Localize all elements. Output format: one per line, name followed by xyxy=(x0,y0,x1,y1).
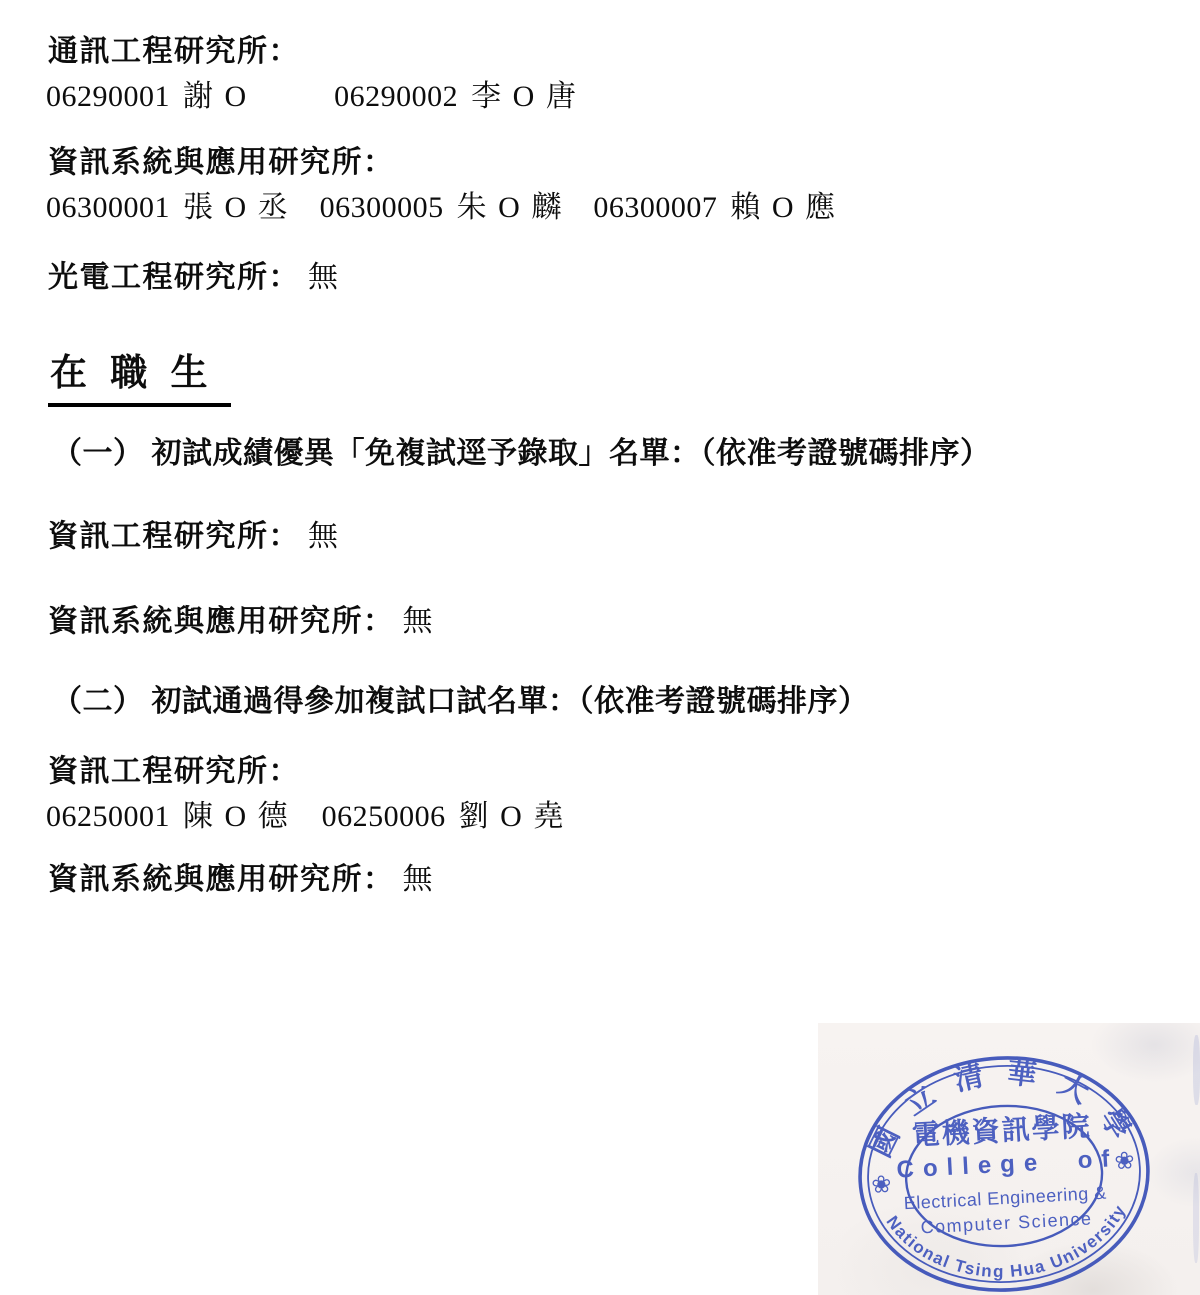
none-value: 無 xyxy=(308,261,338,294)
institute-label-isa: 資訊系統與應用研究所：無 xyxy=(48,854,433,898)
candidate-name: 朱 O 麟 xyxy=(457,182,564,226)
candidate-id: 06250006 xyxy=(322,800,446,834)
candidate-id: 06290002 xyxy=(334,80,458,114)
institute-label-isa: 資訊系統與應用研究所： xyxy=(48,137,395,181)
candidate-entry: 06300005 朱 O 麟 xyxy=(320,182,564,226)
university-stamp: 國 立 清 華 大 學 National Tsing Hua Universit… xyxy=(818,1023,1200,1295)
subsection-title-2: （二） 初試通過得參加複試口試名單：（依准考證號碼排序） xyxy=(52,676,869,720)
institute-label-communications: 通訊工程研究所： xyxy=(48,26,300,70)
candidate-name: 謝 O xyxy=(183,71,248,115)
candidate-row: 06300001 張 O 丞 06300005 朱 O 麟 06300007 賴… xyxy=(46,182,837,226)
institute-label-text: 資訊系統與應用研究所： xyxy=(48,863,395,896)
stamp-college-name-zh: 電機資訊學院 xyxy=(911,1109,1092,1151)
none-value: 無 xyxy=(403,863,433,896)
plum-blossom-icon-left: ❀ xyxy=(871,1170,893,1199)
candidate-id: 06300001 xyxy=(46,191,170,225)
section-heading-working-students: 在 職 生 xyxy=(48,342,231,407)
stamp-computer-science-text: Computer Science xyxy=(920,1208,1093,1237)
candidate-row: 06290001 謝 O 06290002 李 O 唐 xyxy=(46,71,578,115)
candidate-entry: 06250001 陳 O 德 xyxy=(46,791,290,835)
candidate-name: 劉 O 堯 xyxy=(459,791,566,835)
candidate-entry: 06250006 劉 O 堯 xyxy=(322,791,566,835)
candidate-entry: 06300007 賴 O 應 xyxy=(593,182,837,226)
candidate-name: 陳 O 德 xyxy=(183,791,290,835)
candidate-id: 06290001 xyxy=(46,80,170,114)
candidate-entry: 06300001 張 O 丞 xyxy=(46,182,290,226)
candidate-id: 06250001 xyxy=(46,800,170,834)
institute-label-isa: 資訊系統與應用研究所：無 xyxy=(48,596,433,640)
institute-label-cs: 資訊工程研究所：無 xyxy=(48,511,338,555)
stamp-scan-patch: 國 立 清 華 大 學 National Tsing Hua Universit… xyxy=(818,1023,1200,1295)
candidate-name: 賴 O 應 xyxy=(730,182,837,226)
subsection-title-1: （一） 初試成績優異「免複試逕予錄取」名單：（依准考證號碼排序） xyxy=(52,428,991,472)
candidate-id: 06300005 xyxy=(320,191,444,225)
candidate-row: 06250001 陳 O 德 06250006 劉 O 堯 xyxy=(46,791,565,835)
none-value: 無 xyxy=(403,605,433,638)
candidate-name: 李 O 唐 xyxy=(471,71,578,115)
institute-label-cs: 資訊工程研究所： xyxy=(48,746,300,790)
institute-label-text: 資訊工程研究所： xyxy=(48,520,300,553)
institute-label-text: 光電工程研究所： xyxy=(48,261,300,294)
institute-label-photonics: 光電工程研究所：無 xyxy=(48,252,338,296)
none-value: 無 xyxy=(308,520,338,553)
candidate-name: 張 O 丞 xyxy=(183,182,290,226)
candidate-entry: 06290001 謝 O xyxy=(46,71,248,115)
candidate-id: 06300007 xyxy=(593,191,717,225)
institute-label-text: 資訊系統與應用研究所： xyxy=(48,605,395,638)
scanned-admission-document: 通訊工程研究所： 06290001 謝 O 06290002 李 O 唐 資訊系… xyxy=(0,0,1200,1295)
candidate-entry: 06290002 李 O 唐 xyxy=(334,71,578,115)
